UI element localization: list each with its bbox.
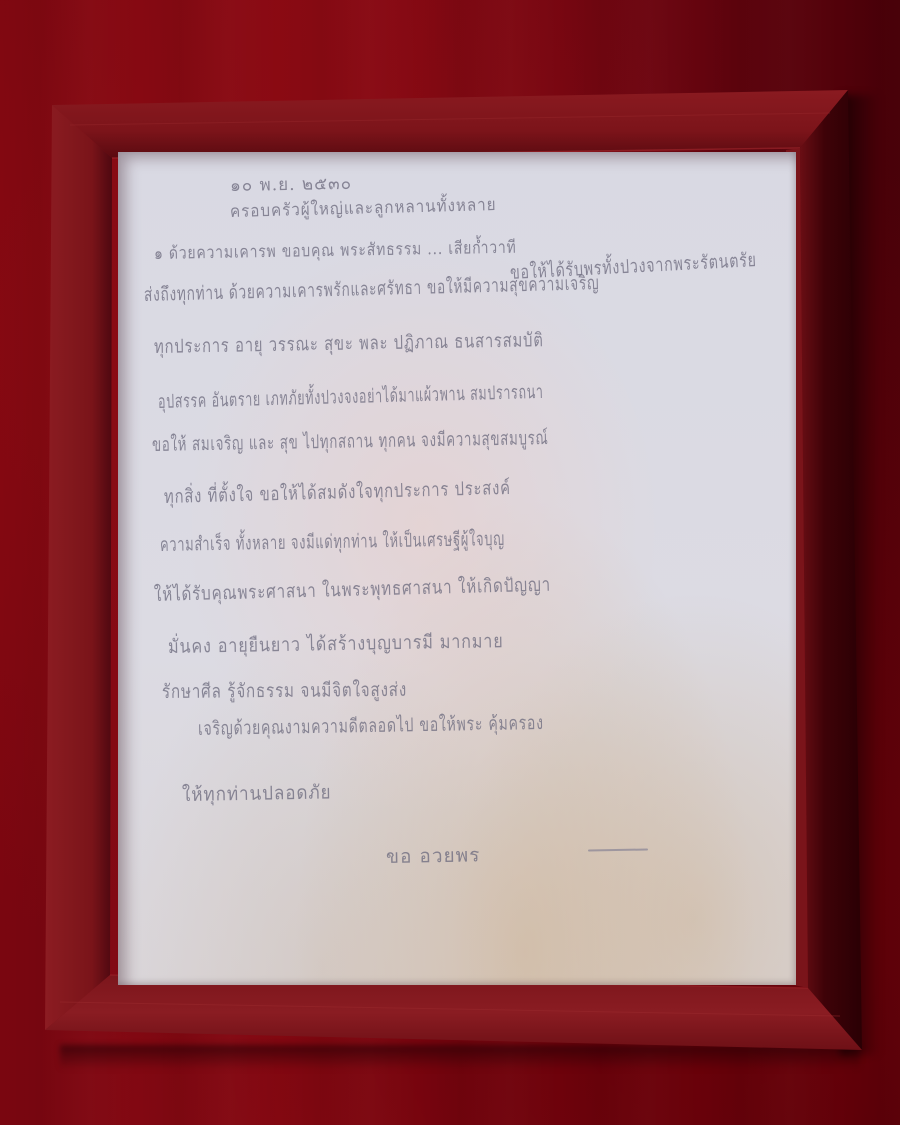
letter-signature: ขอ อวยพร <box>386 840 481 872</box>
letter-line-12: เจริญด้วยคุณงามความดีตลอดไป ขอให้พระ คุ้… <box>198 708 544 744</box>
letter-salutation: ครอบครัวผู้ใหญ่และลูกหลานทั้งหลาย <box>230 191 497 225</box>
letter-line-11: รักษาศีล รู้จักธรรม จนมีจิตใจสูงส่ง <box>162 675 407 707</box>
letter-line-3: ส่งถึงทุกท่าน ด้วยความเคารพรักและศรัทธา … <box>144 268 600 310</box>
letter-line-13: ให้ทุกท่านปลอดภัย <box>182 777 332 810</box>
signature-flourish <box>588 848 648 851</box>
frame-left-rail <box>45 105 112 1030</box>
letter-line-10: มั่นคง อายุยืนยาว ได้สร้างบุญบารมี มากมา… <box>168 626 504 662</box>
frame-top-rail <box>52 90 848 158</box>
letter-line-6: ขอให้ สมเจริญ และ สุข ไปทุกสถาน ทุกคน จง… <box>152 423 549 460</box>
frame-right-rail <box>800 90 862 1050</box>
handwritten-letter-paper: ๑๐ พ.ย. ๒๕๓๐ ครอบครัวผู้ใหญ่และลูกหลานทั… <box>118 152 796 985</box>
letter-line-5: อุปสรรค อันตราย เภทภัยทั้งปวงจงอย่าได้มา… <box>158 377 544 417</box>
letter-line-8: ความสำเร็จ ทั้งหลาย จงมีแด่ทุกท่าน ให้เป… <box>160 524 505 560</box>
letter-line-7: ทุกสิ่ง ที่ตั้งใจ ขอให้ได้สมดังใจทุกประก… <box>164 473 512 512</box>
letter-line-9: ให้ได้รับคุณพระศาสนา ในพระพุทธศาสนา ให้เ… <box>154 570 552 610</box>
letter-line-4: ทุกประการ อายุ วรรณะ สุขะ พละ ปฏิภาณ ธนส… <box>154 325 544 362</box>
letter-line-1: ๑ ด้วยความเคารพ ขอบคุณ พระสัทธรรม ... เส… <box>154 234 517 267</box>
